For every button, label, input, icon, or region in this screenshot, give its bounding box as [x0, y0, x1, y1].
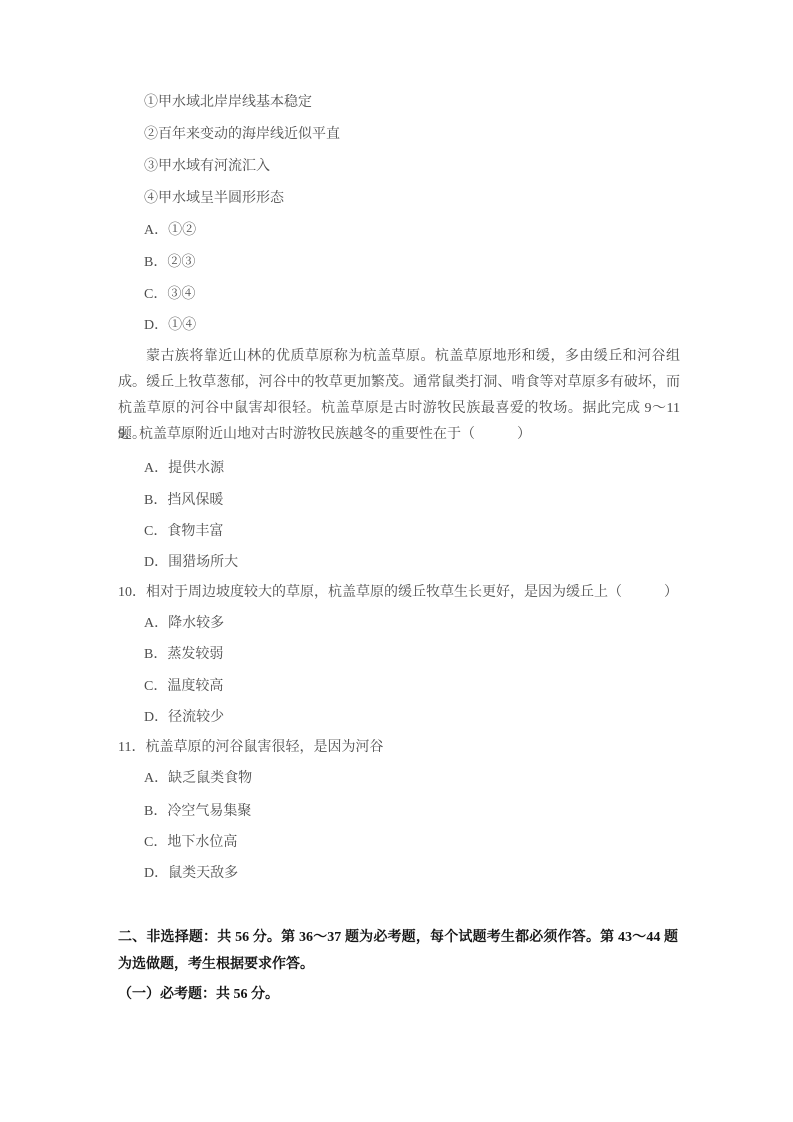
question-10: 10．相对于周边坡度较大的草原，杭盖草原的缓丘牧草生长更好，是因为缓丘上（ ）	[118, 580, 678, 606]
question-9-text: 杭盖草原附近山地对古时游牧民族越冬的重要性在于（ ）	[139, 427, 531, 442]
question-9-option-b: B．挡风保暖	[144, 488, 223, 514]
statement-1: ①甲水域北岸岸线基本稳定	[144, 90, 312, 116]
question-9-option-d: D．围猎场所大	[144, 550, 238, 576]
question-10-option-b: B．蒸发较弱	[144, 642, 223, 668]
question-10-number: 10．	[118, 585, 146, 600]
prev-question-option-d: D．①④	[144, 313, 196, 339]
statement-4: ④甲水域呈半圆形形态	[144, 186, 284, 212]
section-2-heading: 二、非选择题：共 56 分。第 36～37 题为必考题，每个试题考生都必须作答。…	[118, 924, 678, 978]
prev-question-option-c: C．③④	[144, 282, 195, 308]
question-11-option-a: A．缺乏鼠类食物	[144, 766, 252, 792]
question-10-option-a: A．降水较多	[144, 611, 224, 637]
question-9-number: 9．	[118, 427, 139, 442]
section-2-subheading: （一）必考题：共 56 分。	[118, 981, 678, 1008]
statement-2: ②百年来变动的海岸线近似平直	[144, 122, 340, 148]
prev-question-option-a: A．①②	[144, 218, 196, 244]
question-11-number: 11．	[118, 740, 145, 755]
question-11-option-c: C．地下水位高	[144, 830, 237, 856]
question-10-option-c: C．温度较高	[144, 674, 223, 700]
question-11-option-b: B．冷空气易集聚	[144, 799, 251, 825]
question-11-text: 杭盖草原的河谷鼠害很轻，是因为河谷	[145, 740, 383, 755]
question-9-option-c: C．食物丰富	[144, 519, 223, 545]
statement-3: ③甲水域有河流汇入	[144, 154, 270, 180]
question-9-option-a: A．提供水源	[144, 456, 224, 482]
question-9: 9．杭盖草原附近山地对古时游牧民族越冬的重要性在于（ ）	[118, 422, 531, 448]
question-10-text: 相对于周边坡度较大的草原，杭盖草原的缓丘牧草生长更好，是因为缓丘上（ ）	[146, 585, 678, 600]
question-11: 11．杭盖草原的河谷鼠害很轻，是因为河谷	[118, 735, 383, 761]
prev-question-option-b: B．②③	[144, 250, 195, 276]
question-10-option-d: D．径流较少	[144, 705, 224, 731]
question-11-option-d: D．鼠类天敌多	[144, 861, 238, 887]
exam-document-page: ①甲水域北岸岸线基本稳定 ②百年来变动的海岸线近似平直 ③甲水域有河流汇入 ④甲…	[0, 0, 793, 1122]
